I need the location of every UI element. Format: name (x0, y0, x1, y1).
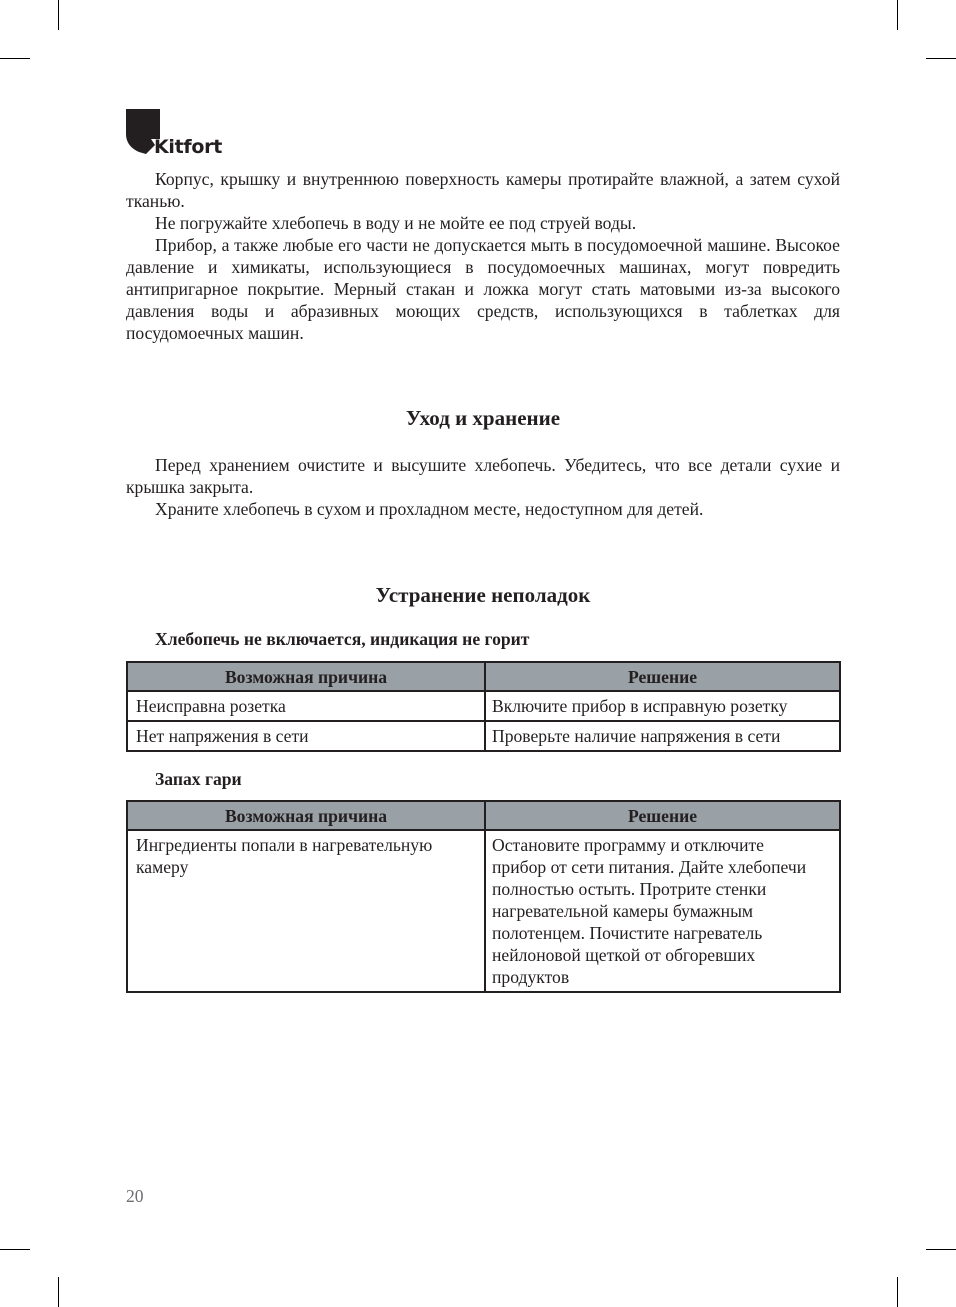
troubleshooting-table: Возможная причина Решение Неисправна роз… (126, 661, 841, 752)
paragraph: Перед хранением очистите и высушите хлеб… (126, 454, 840, 498)
crop-mark (897, 0, 898, 30)
column-header: Решение (485, 662, 840, 691)
brand-name: Kitfort (154, 136, 222, 158)
column-header: Решение (485, 801, 840, 830)
storage-text: Перед хранением очистите и высушите хлеб… (126, 454, 840, 520)
table-row: Неисправна розетка Включите прибор в исп… (127, 691, 840, 721)
troubleshooting-table: Возможная причина Решение Ингредиенты по… (126, 800, 841, 993)
paragraph: Корпус, крышку и внутреннюю поверхность … (126, 168, 840, 212)
cause-cell: Неисправна розетка (127, 691, 485, 721)
crop-mark (926, 58, 956, 59)
crop-mark (0, 58, 30, 59)
solution-cell: Остановите программу и отключите прибор … (485, 830, 840, 992)
table-header-row: Возможная причина Решение (127, 801, 840, 830)
crop-mark (58, 1277, 59, 1307)
problem-title: Хлебопечь не включается, индикация не го… (155, 629, 529, 650)
table-header-row: Возможная причина Решение (127, 662, 840, 691)
section-title-troubleshooting: Устранение неполадок (126, 583, 840, 608)
brand-logo: Kitfort (125, 108, 225, 158)
problem-title: Запах гари (155, 769, 242, 790)
column-header: Возможная причина (127, 801, 485, 830)
paragraph: Прибор, а также любые его части не допус… (126, 234, 840, 344)
cleaning-text: Корпус, крышку и внутреннюю поверхность … (126, 168, 840, 344)
cause-cell: Нет напряжения в сети (127, 721, 485, 751)
crop-mark (926, 1249, 956, 1250)
crop-mark (897, 1277, 898, 1307)
page-number: 20 (126, 1186, 144, 1207)
solution-cell: Проверьте наличие напряжения в сети (485, 721, 840, 751)
crop-mark (58, 0, 59, 30)
crop-mark (0, 1249, 30, 1250)
paragraph: Храните хлебопечь в сухом и прохладном м… (126, 498, 840, 520)
solution-cell: Включите прибор в исправную розетку (485, 691, 840, 721)
paragraph: Не погружайте хлебопечь в воду и не мойт… (126, 212, 840, 234)
section-title-storage: Уход и хранение (126, 406, 840, 431)
table-row: Нет напряжения в сети Проверьте наличие … (127, 721, 840, 751)
cause-cell: Ингредиенты попали в нагревательную каме… (127, 830, 485, 992)
table-row: Ингредиенты попали в нагревательную каме… (127, 830, 840, 992)
column-header: Возможная причина (127, 662, 485, 691)
